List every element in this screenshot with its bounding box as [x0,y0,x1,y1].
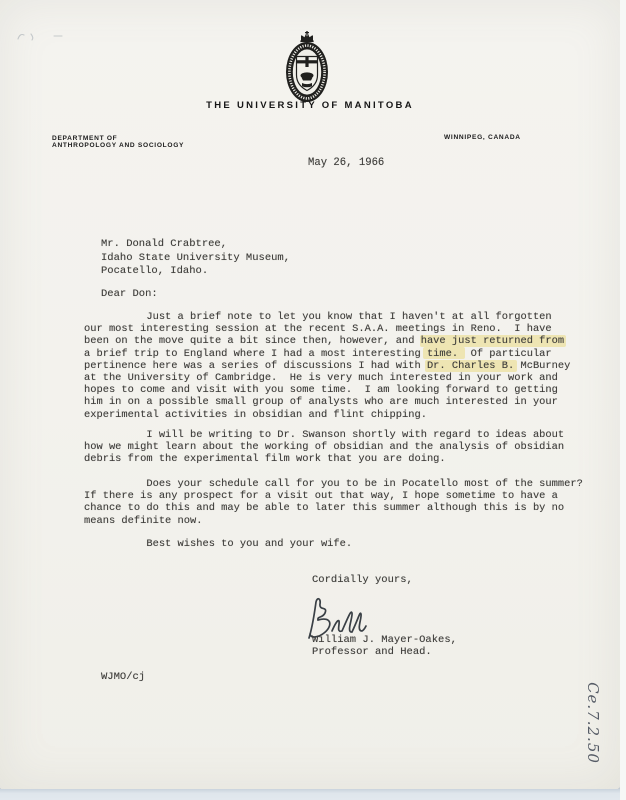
scanner-edge-right [620,0,626,800]
letterhead-university-name: THE UNIVERSITY OF MANITOBA [0,100,620,111]
letter-date: May 26, 1966 [308,157,384,169]
body-paragraph: Just a brief note to let you know that I… [84,311,570,421]
university-crest-icon [282,31,332,105]
letterhead-department: DEPARTMENT OF ANTHROPOLOGY AND SOCIOLOGY [52,135,184,149]
signer-name-block: William J. Mayer-Oakes, Professor and He… [312,634,457,659]
pencil-mark [14,26,84,48]
typist-initials: WJMO/cj [101,671,145,683]
letter-page: THE UNIVERSITY OF MANITOBA DEPARTMENT OF… [0,0,620,789]
scanner-edge-bottom [0,789,620,800]
recipient-address: Mr. Donald Crabtree, Idaho State Univers… [101,238,290,279]
salutation: Dear Don: [101,288,158,300]
catalog-number: Ce.7.2.50 [580,658,602,788]
body-paragraph: I will be writing to Dr. Swanson shortly… [84,429,564,466]
body-paragraph: Best wishes to you and your wife. [84,538,352,550]
closing-line: Cordially yours, [312,574,413,586]
body-paragraph: Does your schedule call for you to be in… [84,478,583,527]
scanned-letter: THE UNIVERSITY OF MANITOBA DEPARTMENT OF… [0,0,626,800]
letterhead-location: WINNIPEG, CANADA [444,134,521,141]
